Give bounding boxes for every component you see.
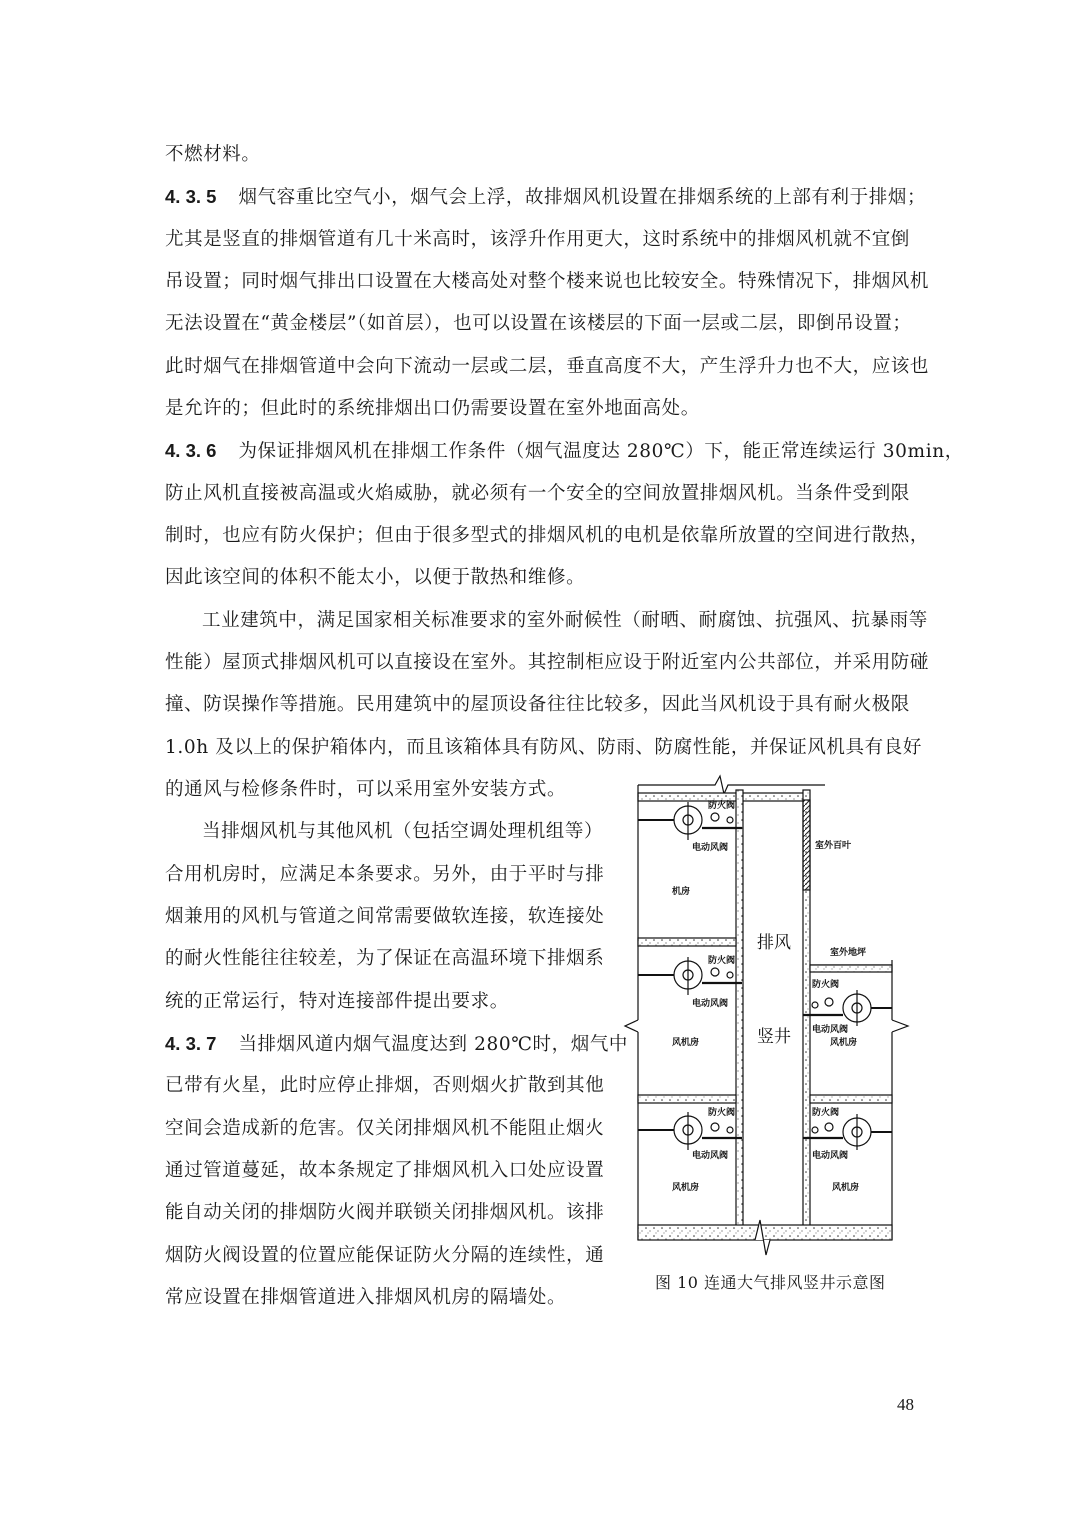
text-line: 尤其是竖直的排烟管道有几十米高时，该浮升作用更大，这时系统中的排烟风机就不宜倒 <box>165 229 910 251</box>
text-line: 的耐火性能往往较差，为了保证在高温环境下排烟系 <box>165 948 604 970</box>
label-fire-damper: 防火阀 <box>708 954 735 966</box>
section-4-3-5-line: 4. 3. 5烟气容重比空气小，烟气会上浮，故排烟风机设置在排烟系统的上部有利于… <box>165 186 926 209</box>
text-line: 工业建筑中，满足国家相关标准要求的室外耐候性（耐晒、耐腐蚀、抗强风、抗暴雨等 <box>165 610 928 632</box>
label-outdoor-ground: 室外地坪 <box>830 946 866 958</box>
label-fire-damper: 防火阀 <box>812 1106 839 1118</box>
text-line: 无法设置在“黄金楼层”（如首层），也可以设置在该楼层的下面一层或二层，即倒吊设置… <box>165 313 912 335</box>
text-line: 统的正常运行，特对连接部件提出要求。 <box>165 991 509 1013</box>
page-number: 48 <box>897 1395 914 1415</box>
text-line: 防止风机直接被高温或火焰威胁，就必须有一个安全的空间放置排烟风机。当条件受到限 <box>165 483 910 505</box>
label-electric-damper: 电动风阀 <box>812 1023 848 1035</box>
figure-caption: 图 10 连通大气排风竖井示意图 <box>655 1270 886 1293</box>
text-line: 通过管道蔓延，故本条规定了排烟风机入口处应设置 <box>165 1160 604 1182</box>
text-line: 当排烟风道内烟气温度达到 280℃时，烟气中 <box>238 1034 628 1055</box>
text-line: 的通风与检修条件时，可以采用室外安装方式。 <box>165 779 566 801</box>
text-line: 已带有火星，此时应停止排烟，否则烟火扩散到其他 <box>165 1075 604 1097</box>
text-line: 此时烟气在排烟管道中会向下流动一层或二层，垂直高度不大，产生浮升力也不大，应该也 <box>165 356 929 378</box>
text-line: 烟兼用的风机与管道之间常需要做软连接，软连接处 <box>165 906 604 928</box>
label-fan-room: 风机房 <box>832 1181 859 1193</box>
diagram-svg: 防火阀 电动风阀 机房 室外百叶 防火阀 电动风阀 风机房 室外地坪 防火阀 电… <box>620 770 925 1270</box>
label-electric-damper: 电动风阀 <box>692 841 728 853</box>
text-line: 吊设置；同时烟气排出口设置在大楼高处对整个楼来说也比较安全。特殊情况下，排烟风机 <box>165 271 929 293</box>
text-line: 能自动关闭的排烟防火阀并联锁关闭排烟风机。该排 <box>165 1202 604 1224</box>
label-electric-damper: 电动风阀 <box>812 1149 848 1161</box>
document-page: 不燃材料。 4. 3. 5烟气容重比空气小，烟气会上浮，故排烟风机设置在排烟系统… <box>0 0 1080 1527</box>
section-number: 4. 3. 6 <box>165 440 216 461</box>
label-shaft-bottom: 竖井 <box>757 1026 791 1047</box>
text-line: 空间会造成新的危害。仅关闭排烟风机不能阻止烟火 <box>165 1118 604 1140</box>
text-line: 制时，也应有防火保护；但由于很多型式的排烟风机的电机是依靠所放置的空间进行散热， <box>165 525 929 547</box>
text-line: 常应设置在排烟管道进入排烟风机房的隔墙处。 <box>165 1287 566 1309</box>
section-4-3-7-line: 4. 3. 7当排烟风道内烟气温度达到 280℃时，烟气中 <box>165 1033 628 1056</box>
text-line: 是允许的；但此时的系统排烟出口仍需要设置在室外地面高处。 <box>165 398 700 420</box>
text-line: 不燃材料。 <box>165 144 261 166</box>
label-electric-damper: 电动风阀 <box>692 1149 728 1161</box>
section-4-3-6-line: 4. 3. 6为保证排烟风机在排烟工作条件（烟气温度达 280℃）下，能正常连续… <box>165 440 964 463</box>
label-fan-room: 风机房 <box>672 1181 699 1193</box>
label-fan-room: 风机房 <box>830 1036 857 1048</box>
label-fan-room: 风机房 <box>672 1036 699 1048</box>
label-fire-damper: 防火阀 <box>812 978 839 990</box>
exhaust-shaft-diagram: 防火阀 电动风阀 机房 室外百叶 防火阀 电动风阀 风机房 室外地坪 防火阀 电… <box>620 770 925 1300</box>
section-number: 4. 3. 5 <box>165 186 216 207</box>
section-number: 4. 3. 7 <box>165 1033 216 1054</box>
label-electric-damper: 电动风阀 <box>692 997 728 1009</box>
text-line: 当排烟风机与其他风机（包括空调处理机组等） <box>165 821 603 843</box>
label-machine-room: 机房 <box>672 885 690 897</box>
text-line: 合用机房时，应满足本条要求。另外，由于平时与排 <box>165 864 604 886</box>
label-fire-damper: 防火阀 <box>708 1106 735 1118</box>
text-line: 撞、防误操作等措施。民用建筑中的屋顶设备往往比较多，因此当风机设于具有耐火极限 <box>165 694 910 716</box>
text-line: 烟气容重比空气小，烟气会上浮，故排烟风机设置在排烟系统的上部有利于排烟； <box>238 187 926 208</box>
label-fire-damper: 防火阀 <box>708 799 735 811</box>
text-line: 性能）屋顶式排烟风机可以直接设在室外。其控制柜应设于附近室内公共部位，并采用防碰 <box>165 652 929 674</box>
text-line: 为保证排烟风机在排烟工作条件（烟气温度达 280℃）下，能正常连续运行 30mi… <box>238 441 963 462</box>
text-line: 1.0h 及以上的保护箱体内，而且该箱体具有防风、防雨、防腐性能，并保证风机具有… <box>165 737 922 759</box>
label-outdoor-louver: 室外百叶 <box>815 839 852 851</box>
text-line: 因此该空间的体积不能太小，以便于散热和维修。 <box>165 567 585 589</box>
text-line: 烟防火阀设置的位置应能保证防火分隔的连续性，通 <box>165 1245 604 1267</box>
label-shaft-top: 排风 <box>757 933 791 953</box>
